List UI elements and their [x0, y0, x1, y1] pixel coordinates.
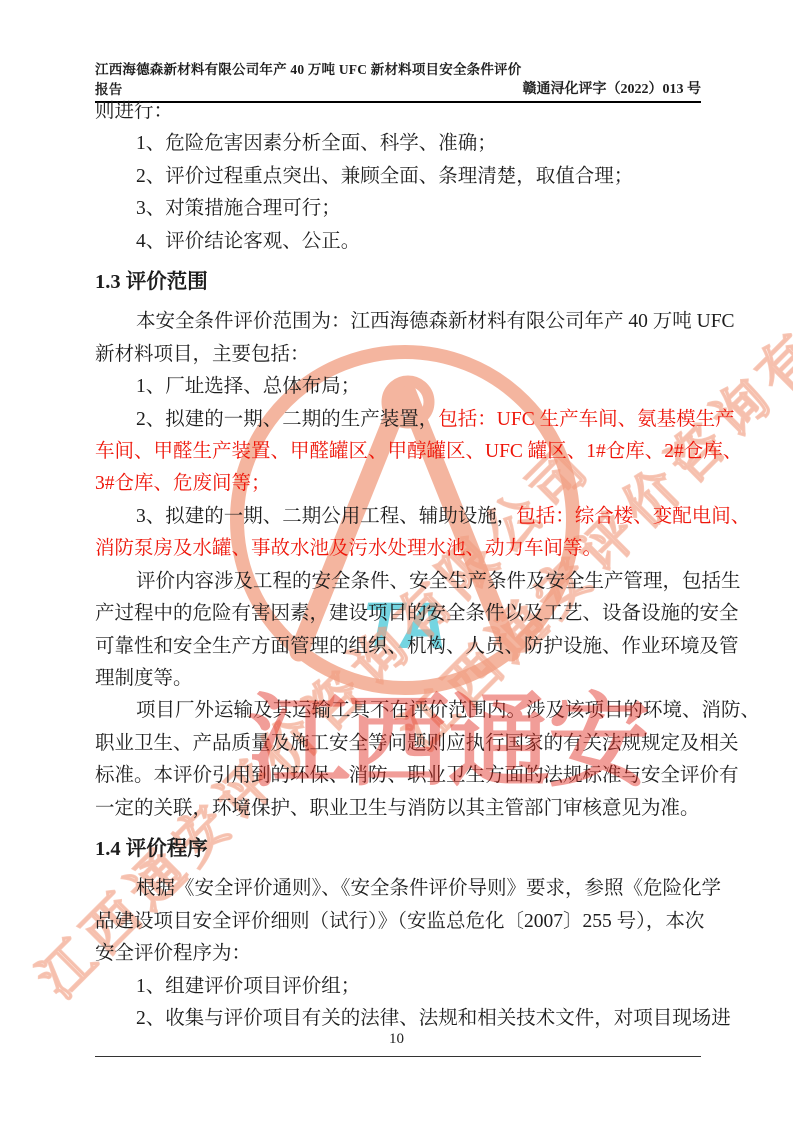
- text-line: 标准。本评价引用到的环保、消防、职业卫生方面的法规标准与安全评价有: [95, 760, 701, 792]
- text-segment: 3、对策措施合理可行；: [136, 198, 341, 219]
- text-segment: 1、组建评价项目评价组；: [136, 976, 360, 997]
- text-segment: 2、收集与评价项目有关的法律、法规和相关技术文件，对项目现场进: [136, 1008, 731, 1029]
- text-segment: 本安全条件评价范围为：江西海德森新材料有限公司年产 40 万吨 UFC: [136, 311, 735, 332]
- text-segment: 1、危险危害因素分析全面、科学、准确；: [136, 133, 497, 154]
- text-segment: 根据《安全评价通则》、《安全条件评价导则》要求，参照《危险化学: [136, 878, 721, 899]
- text-segment: 消防泵房及水罐、事故水池及污水处理水池、动力车间等。: [95, 538, 602, 559]
- text-segment: 包括：综合楼、变配电间、: [516, 506, 750, 527]
- header-report-title: 江西海德森新材料有限公司年产 40 万吨 UFC 新材料项目安全条件评价报告: [95, 58, 523, 98]
- text-segment: 3#仓库、危废间等；: [95, 473, 271, 494]
- text-segment: 职业卫生、产品质量及施工安全等问题则应执行国家的有关法规规定及相关: [95, 733, 739, 754]
- text-line: 安全评价程序为：: [95, 938, 701, 970]
- text-segment: 理制度等。: [95, 668, 193, 689]
- text-line: 则进行：: [95, 96, 701, 128]
- text-line: 2、评价过程重点突出、兼顾全面、条理清楚，取值合理；: [95, 161, 701, 193]
- text-line: 根据《安全评价通则》、《安全条件评价导则》要求，参照《危险化学: [95, 873, 701, 905]
- text-segment: 标准。本评价引用到的环保、消防、职业卫生方面的法规标准与安全评价有: [95, 765, 739, 786]
- text-line: 3#仓库、危废间等；: [95, 468, 701, 500]
- text-segment: 4、评价结论客观、公正。: [136, 231, 360, 252]
- text-line: 新材料项目，主要包括：: [95, 339, 701, 371]
- text-segment: 安全评价程序为：: [95, 943, 251, 964]
- text-segment: 新材料项目，主要包括：: [95, 344, 310, 365]
- text-segment: 包括：UFC 生产车间、氨基模生产: [438, 409, 734, 430]
- text-segment: 一定的关联，环境保护、职业卫生与消防以其主管部门审核意见为准。: [95, 798, 700, 819]
- text-segment: 1.3 评价范围: [95, 271, 208, 293]
- text-line: 一定的关联，环境保护、职业卫生与消防以其主管部门审核意见为准。: [95, 793, 701, 825]
- text-line: 本安全条件评价范围为：江西海德森新材料有限公司年产 40 万吨 UFC: [95, 306, 701, 338]
- text-line: 4、评价结论客观、公正。: [95, 226, 701, 258]
- text-segment: 3、拟建的一期、二期公用工程、辅助设施，: [136, 506, 516, 527]
- text-segment: 1、厂址选择、总体布局；: [136, 376, 360, 397]
- document-body: 则进行：1、危险危害因素分析全面、科学、准确；2、评价过程重点突出、兼顾全面、条…: [95, 96, 701, 1035]
- text-segment: 项目厂外运输及其运输工具不在评价范围内。涉及该项目的环境、消防、: [136, 700, 760, 721]
- text-line: 消防泵房及水罐、事故水池及污水处理水池、动力车间等。: [95, 533, 701, 565]
- text-segment: 2、评价过程重点突出、兼顾全面、条理清楚，取值合理；: [136, 166, 633, 187]
- text-line: 项目厂外运输及其运输工具不在评价范围内。涉及该项目的环境、消防、: [95, 695, 701, 727]
- document-page: TA 江西通安评价咨询有限公司 江西通安评价咨询有限公司 江西海德森新材料有限公…: [0, 0, 793, 1122]
- text-segment: 1.4 评价程序: [95, 838, 208, 860]
- text-line: 理制度等。: [95, 663, 701, 695]
- text-line: 品建设项目安全评价细则（试行）》（安监总危化〔2007〕255 号），本次: [95, 906, 701, 938]
- text-line: 1、组建评价项目评价组；: [95, 971, 701, 1003]
- text-line: 1、危险危害因素分析全面、科学、准确；: [95, 128, 701, 160]
- text-line: 职业卫生、产品质量及施工安全等问题则应执行国家的有关法规规定及相关: [95, 728, 701, 760]
- text-segment: 评价内容涉及工程的安全条件、安全生产条件及安全生产管理，包括生: [136, 571, 741, 592]
- text-line: 产过程中的危险有害因素，建设项目的安全条件以及工艺、设备设施的安全: [95, 598, 701, 630]
- text-line: 3、对策措施合理可行；: [95, 193, 701, 225]
- text-segment: 可靠性和安全生产方面管理的组织、机构、人员、防护设施、作业环境及管: [95, 636, 739, 657]
- text-segment: 品建设项目安全评价细则（试行）》（安监总危化〔2007〕255 号），本次: [95, 911, 704, 932]
- text-line: 可靠性和安全生产方面管理的组织、机构、人员、防护设施、作业环境及管: [95, 631, 701, 663]
- text-segment: 2、拟建的一期、二期的生产装置，: [136, 409, 438, 430]
- text-line: 1、厂址选择、总体布局；: [95, 371, 701, 403]
- text-segment: 产过程中的危险有害因素，建设项目的安全条件以及工艺、设备设施的安全: [95, 603, 739, 624]
- text-segment: 则进行：: [95, 101, 173, 122]
- text-segment: 车间、甲醛生产装置、甲醛罐区、甲醇罐区、UFC 罐区、1#仓库、2#仓库、: [95, 441, 742, 462]
- text-line: 评价内容涉及工程的安全条件、安全生产条件及安全生产管理，包括生: [95, 566, 701, 598]
- page-number: 10: [0, 1031, 793, 1048]
- section-heading: 1.3 评价范围: [95, 258, 701, 306]
- text-line: 车间、甲醛生产装置、甲醛罐区、甲醇罐区、UFC 罐区、1#仓库、2#仓库、: [95, 436, 701, 468]
- section-heading: 1.4 评价程序: [95, 825, 701, 873]
- header-doc-number: 赣通浔化评字（2022）013 号: [523, 78, 702, 98]
- text-line: 3、拟建的一期、二期公用工程、辅助设施，包括：综合楼、变配电间、: [95, 501, 701, 533]
- text-line: 2、拟建的一期、二期的生产装置，包括：UFC 生产车间、氨基模生产: [95, 404, 701, 436]
- footer-rule: [95, 1056, 701, 1057]
